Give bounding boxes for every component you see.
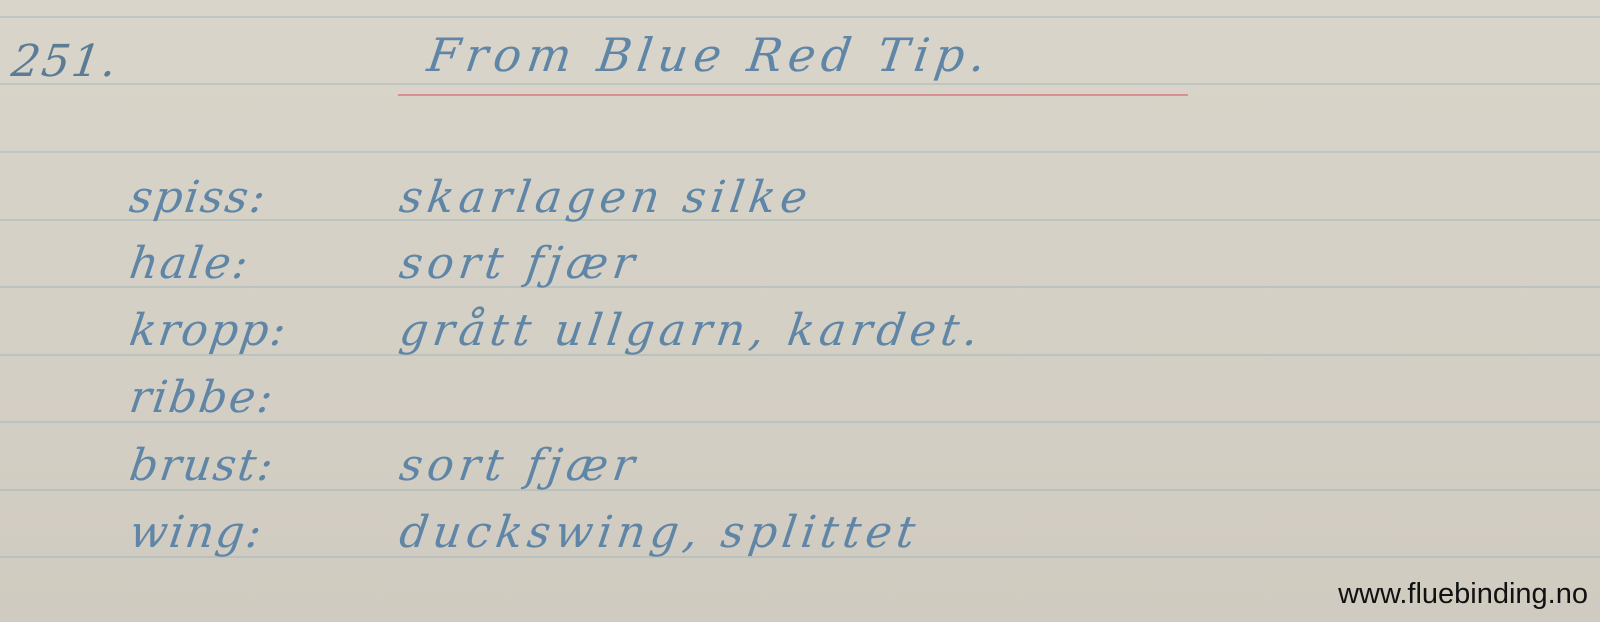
ruled-line <box>0 83 1600 85</box>
entry-number: 251. <box>8 36 121 87</box>
recipe-label-wing: wing: <box>126 507 266 558</box>
recipe-label-body: kropp: <box>126 305 291 356</box>
notebook-page: 251. From Blue Red Tip. spiss: skarlagen… <box>0 0 1600 622</box>
recipe-label-hackle: brust: <box>126 440 278 491</box>
title-underline <box>398 94 1188 96</box>
ruled-line <box>0 151 1600 153</box>
recipe-value-tip: skarlagen silke <box>396 172 815 223</box>
recipe-value-hackle: sort fjær <box>396 440 642 491</box>
ruled-line <box>0 16 1600 18</box>
recipe-label-rib: ribbe: <box>126 372 277 423</box>
page-title: From Blue Red Tip. <box>424 28 995 82</box>
recipe-value-body: grått ullgarn, kardet. <box>396 305 986 356</box>
recipe-value-tail: sort fjær <box>396 238 642 289</box>
recipe-value-wing: duckswing, splittet <box>396 507 923 558</box>
recipe-label-tip: spiss: <box>126 172 270 223</box>
watermark-link: www.fluebinding.no <box>1338 578 1588 611</box>
recipe-label-tail: hale: <box>126 238 253 289</box>
